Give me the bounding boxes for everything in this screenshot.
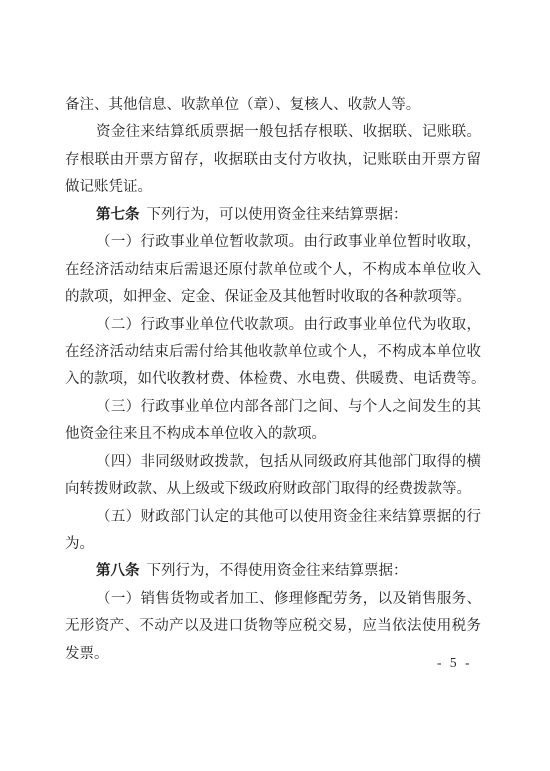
document-line: （一）行政事业单位暂收款项。由行政事业单位暂时收取， <box>65 229 481 256</box>
document-line: （一）销售货物或者加工、修理修配劳务，以及销售服务、 <box>65 586 481 613</box>
document-line: 在经济活动结束后需退还原付款单位或个人，不构成本单位收入 <box>65 257 481 284</box>
document-body: 备注、其他信息、收款单位（章）、复核人、收款人等。 资金往来结算纸质票据一般包括… <box>65 92 481 668</box>
document-line: 他资金往来且不构成本单位收入的款项。 <box>65 421 481 448</box>
document-line: 资金往来结算纸质票据一般包括存根联、收据联、记账联。 <box>65 119 481 146</box>
document-line: 为。 <box>65 531 481 558</box>
page: 备注、其他信息、收款单位（章）、复核人、收款人等。 资金往来结算纸质票据一般包括… <box>0 0 550 771</box>
article-7-heading: 第七条下列行为，可以使用资金往来结算票据： <box>65 202 481 229</box>
document-line: （四）非同级财政拨款，包括从同级政府其他部门取得的横 <box>65 449 481 476</box>
document-line: （二）行政事业单位代收款项。由行政事业单位代为收取， <box>65 312 481 339</box>
document-line: 在经济活动结束后需付给其他收款单位或个人，不构成本单位收 <box>65 339 481 366</box>
document-line: 存根联由开票方留存，收据联由支付方收执，记账联由开票方留 <box>65 147 481 174</box>
article-8-heading: 第八条下列行为，不得使用资金往来结算票据： <box>65 558 481 585</box>
article-8-number: 第八条 <box>96 563 140 579</box>
document-line: 的款项，如押金、定金、保证金及其他暂时收取的各种款项等。 <box>65 284 481 311</box>
document-line: 发票。 <box>65 641 481 668</box>
article-7-text: 下列行为，可以使用资金往来结算票据： <box>147 207 408 223</box>
document-line: 无形资产、不动产以及进口货物等应税交易，应当依法使用税务 <box>65 613 481 640</box>
document-line: 备注、其他信息、收款单位（章）、复核人、收款人等。 <box>65 92 481 119</box>
document-line: （三）行政事业单位内部各部门之间、与个人之间发生的其 <box>65 394 481 421</box>
page-number: - 5 - <box>437 655 472 671</box>
document-line: 入的款项，如代收教材费、体检费、水电费、供暖费、电话费等。 <box>65 366 481 393</box>
document-line: （五）财政部门认定的其他可以使用资金往来结算票据的行 <box>65 504 481 531</box>
article-8-text: 下列行为，不得使用资金往来结算票据： <box>147 563 408 579</box>
document-line: 向转拨财政款、从上级或下级政府财政部门取得的经费拨款等。 <box>65 476 481 503</box>
document-line: 做记账凭证。 <box>65 174 481 201</box>
article-7-number: 第七条 <box>96 207 140 223</box>
